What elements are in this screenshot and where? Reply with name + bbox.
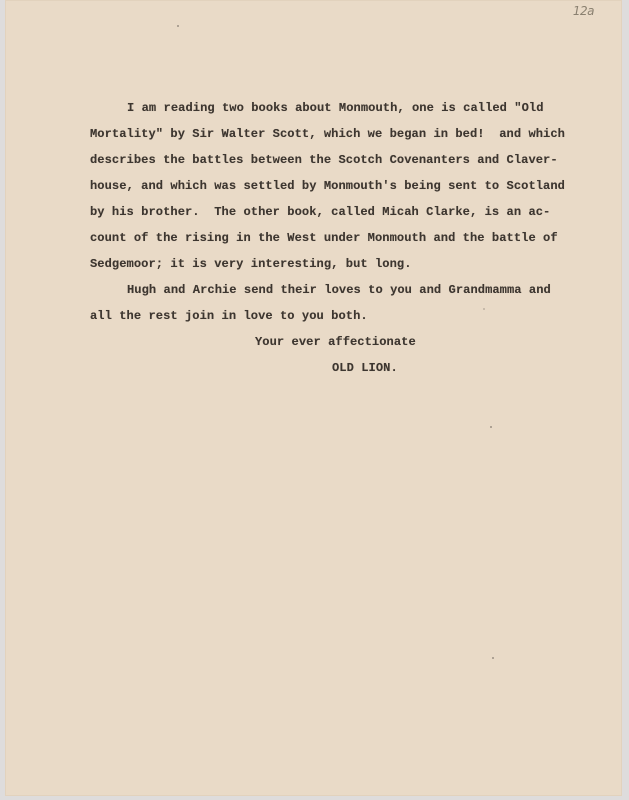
text-line: I am reading two books about Monmouth, o… <box>90 95 590 121</box>
text-line: house, and which was settled by Monmouth… <box>90 173 590 199</box>
signature: OLD LION. <box>90 355 590 381</box>
letter-body: I am reading two books about Monmouth, o… <box>90 95 590 381</box>
text-line: all the rest join in love to you both. <box>90 303 590 329</box>
paragraph-loves: Hugh and Archie send their loves to you … <box>90 277 590 329</box>
text-line: Hugh and Archie send their loves to you … <box>90 277 590 303</box>
paper-speck <box>492 657 494 659</box>
text-line: Mortality" by Sir Walter Scott, which we… <box>90 121 590 147</box>
paragraph-monmouth-books: I am reading two books about Monmouth, o… <box>90 95 590 277</box>
letter-page: 12a I am reading two books about Monmout… <box>5 0 622 796</box>
text-line: count of the rising in the West under Mo… <box>90 225 590 251</box>
page-number: 12a <box>573 4 594 18</box>
text-line: describes the battles between the Scotch… <box>90 147 590 173</box>
paper-speck <box>177 25 179 27</box>
closing-line: Your ever affectionate <box>90 329 590 355</box>
paper-speck <box>490 426 492 428</box>
text-line: Sedgemoor; it is very interesting, but l… <box>90 251 590 277</box>
paper-speck <box>483 308 485 310</box>
text-line: by his brother. The other book, called M… <box>90 199 590 225</box>
